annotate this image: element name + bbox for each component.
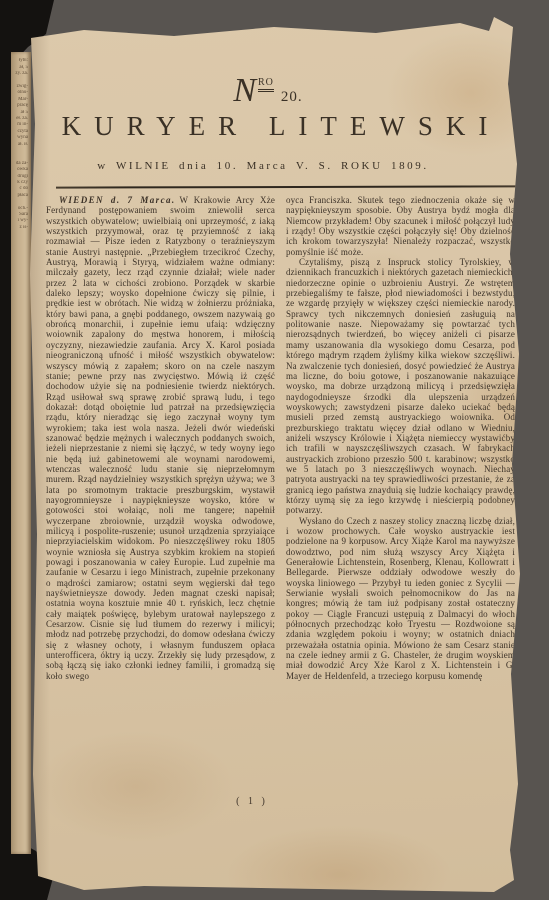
left-column-body: W Krakowie Arcy Xże Ferdynand postępowan… — [46, 195, 275, 681]
page-number: ( 1 ) — [202, 796, 302, 807]
left-column-paragraph: WIEDEN d. 7 Marca.W Krakowie Arcy Xże Fe… — [46, 195, 275, 681]
left-column: WIEDEN d. 7 Marca.W Krakowie Arcy Xże Fe… — [46, 195, 275, 831]
article-dateline-lead: WIEDEN d. 7 Marca. — [59, 195, 180, 205]
issue-number-line: NRO20. — [24, 72, 512, 110]
spine-fragment: ż is- — [11, 225, 31, 231]
right-column: oyca Franciszka. Skutek tego ziednoczeni… — [286, 195, 515, 831]
spine-fragments: łybi:ał, 5zy. za.zwig-ólnu-Mar-pracęał 5… — [11, 52, 31, 231]
scanned-newspaper-page: łybi:ał, 5zy. za.zwig-ólnu-Mar-pracęał 5… — [0, 0, 549, 900]
right-column-paragraph: Wysłano do Czech z naszey stolicy znaczn… — [286, 516, 515, 682]
newspaper-title: KURYER LITEWSKI — [38, 111, 524, 142]
adjacent-leaf-sliver: łybi:ał, 5zy. za.zwig-ólnu-Mar-pracęał 5… — [11, 52, 31, 854]
dateline: w WILNIE dnia 10. Marca V. S. ROKU 1809. — [24, 160, 502, 172]
right-column-paragraph-continuation: oyca Franciszka. Skutek tego ziednoczeni… — [286, 195, 515, 257]
masthead-rule — [56, 185, 518, 188]
newspaper-page: NRO20. KURYER LITEWSKI w WILNIE dnia 10.… — [24, 14, 532, 892]
article-columns: WIEDEN d. 7 Marca.W Krakowie Arcy Xże Fe… — [46, 195, 516, 831]
right-column-paragraph: Czytaliśmy, piszą z Inspruck stolicy Tyr… — [286, 257, 515, 516]
issue-number: 20. — [281, 89, 303, 105]
issue-prefix: N — [233, 72, 257, 109]
issue-superscript: RO — [258, 77, 274, 92]
